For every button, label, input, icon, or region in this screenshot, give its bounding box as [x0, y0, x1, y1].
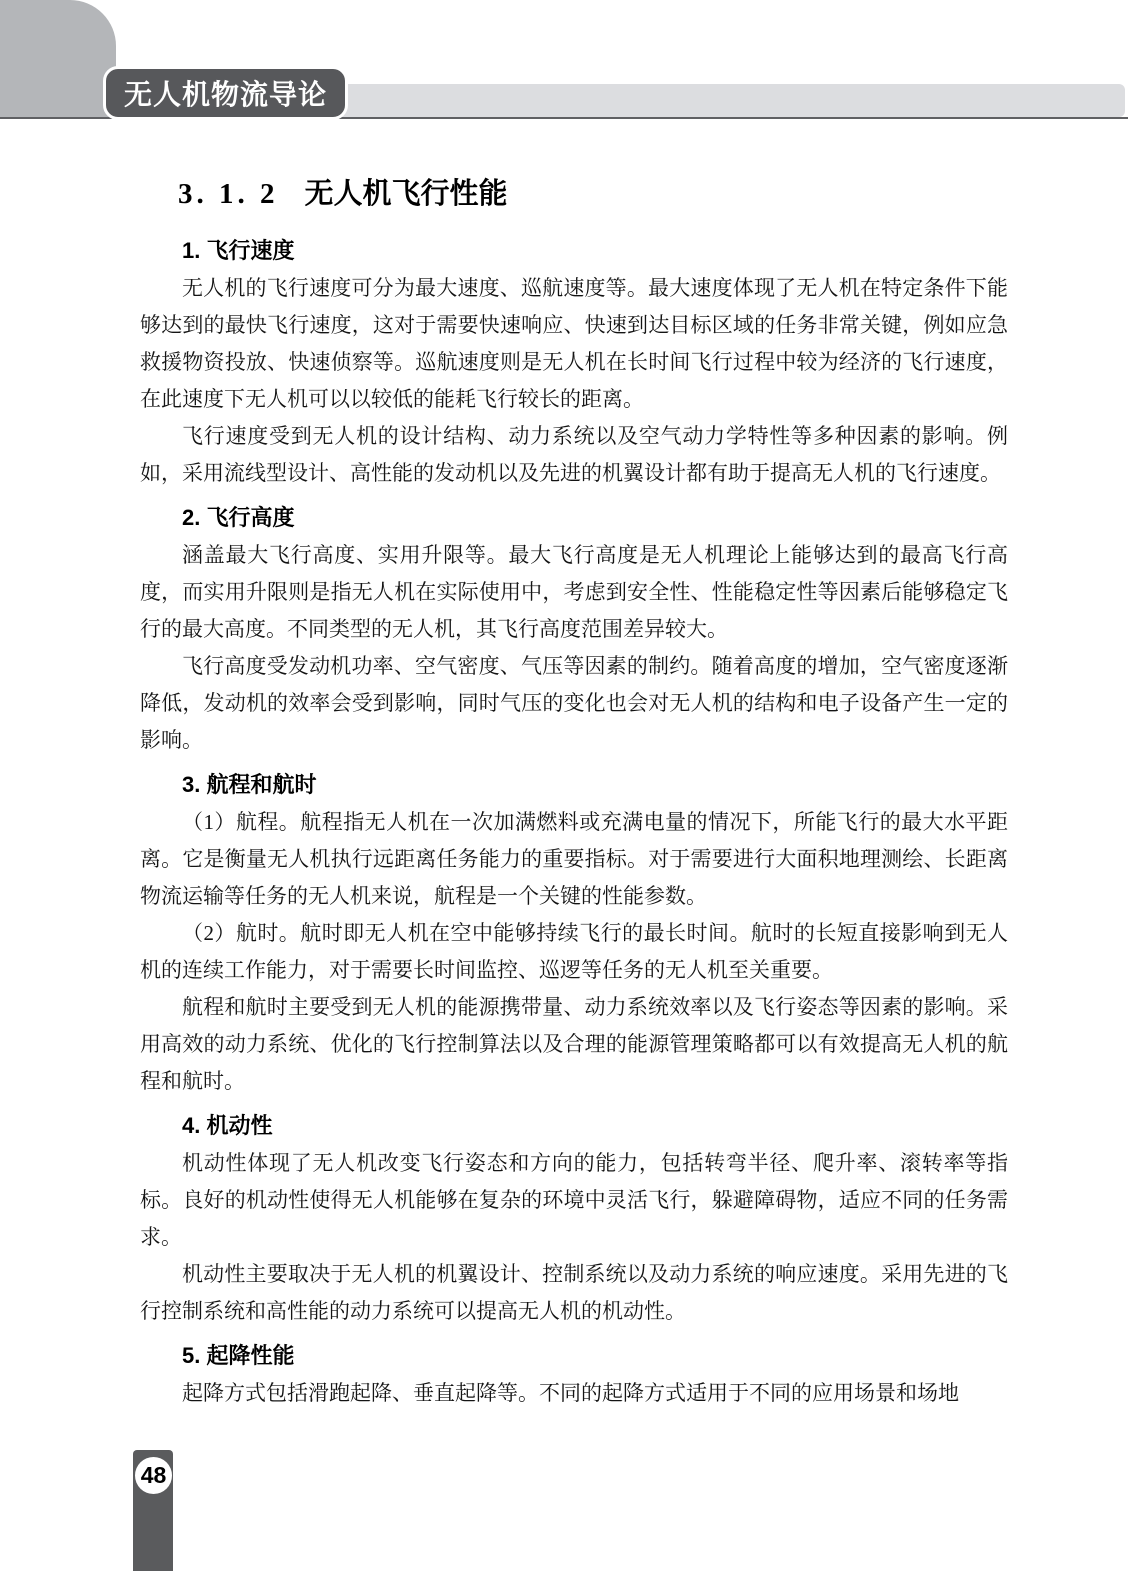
subsection-heading-maneuverability: 4. 机动性 [140, 1111, 1008, 1141]
subsection-heading-range-endurance: 3. 航程和航时 [140, 770, 1008, 800]
paragraph: 涵盖最大飞行高度、实用升限等。最大飞行高度是无人机理论上能够达到的最高飞行高度，… [140, 537, 1008, 648]
page-number-badge: 48 [135, 1457, 172, 1494]
section-title-text: 无人机飞行性能 [305, 178, 508, 210]
book-title-badge: 无人机物流导论 [103, 66, 348, 120]
paragraph: 航程和航时主要受到无人机的能源携带量、动力系统效率以及飞行姿态等因素的影响。采用… [140, 989, 1008, 1100]
page-corner-decoration [0, 0, 116, 118]
page-number: 48 [141, 1462, 167, 1489]
section-title: 3. 1. 2无人机飞行性能 [178, 176, 1008, 212]
book-page: 无人机物流导论 3. 1. 2无人机飞行性能 1. 飞行速度 无人机的飞行速度可… [0, 0, 1128, 1571]
paragraph: （1）航程。航程指无人机在一次加满燃料或充满电量的情况下，所能飞行的最大水平距离… [140, 804, 1008, 915]
section-number: 3. 1. 2 [178, 178, 279, 210]
subsection-heading-takeoff-landing: 5. 起降性能 [140, 1341, 1008, 1371]
paragraph: （2）航时。航时即无人机在空中能够持续飞行的最长时间。航时的长短直接影响到无人机… [140, 915, 1008, 989]
subsection-heading-flight-speed: 1. 飞行速度 [140, 236, 1008, 266]
paragraph: 无人机的飞行速度可分为最大速度、巡航速度等。最大速度体现了无人机在特定条件下能够… [140, 270, 1008, 418]
paragraph: 飞行速度受到无人机的设计结构、动力系统以及空气动力学特性等多种因素的影响。例如，… [140, 418, 1008, 492]
paragraph: 飞行高度受发动机功率、空气密度、气压等因素的制约。随着高度的增加，空气密度逐渐降… [140, 648, 1008, 759]
book-title-label: 无人机物流导论 [124, 73, 327, 113]
paragraph: 机动性体现了无人机改变飞行姿态和方向的能力，包括转弯半径、爬升率、滚转率等指标。… [140, 1145, 1008, 1256]
paragraph: 起降方式包括滑跑起降、垂直起降等。不同的起降方式适用于不同的应用场景和场地 [140, 1375, 1008, 1412]
subsection-heading-flight-altitude: 2. 飞行高度 [140, 503, 1008, 533]
paragraph: 机动性主要取决于无人机的机翼设计、控制系统以及动力系统的响应速度。采用先进的飞行… [140, 1256, 1008, 1330]
page-content: 3. 1. 2无人机飞行性能 1. 飞行速度 无人机的飞行速度可分为最大速度、巡… [140, 119, 1008, 1412]
